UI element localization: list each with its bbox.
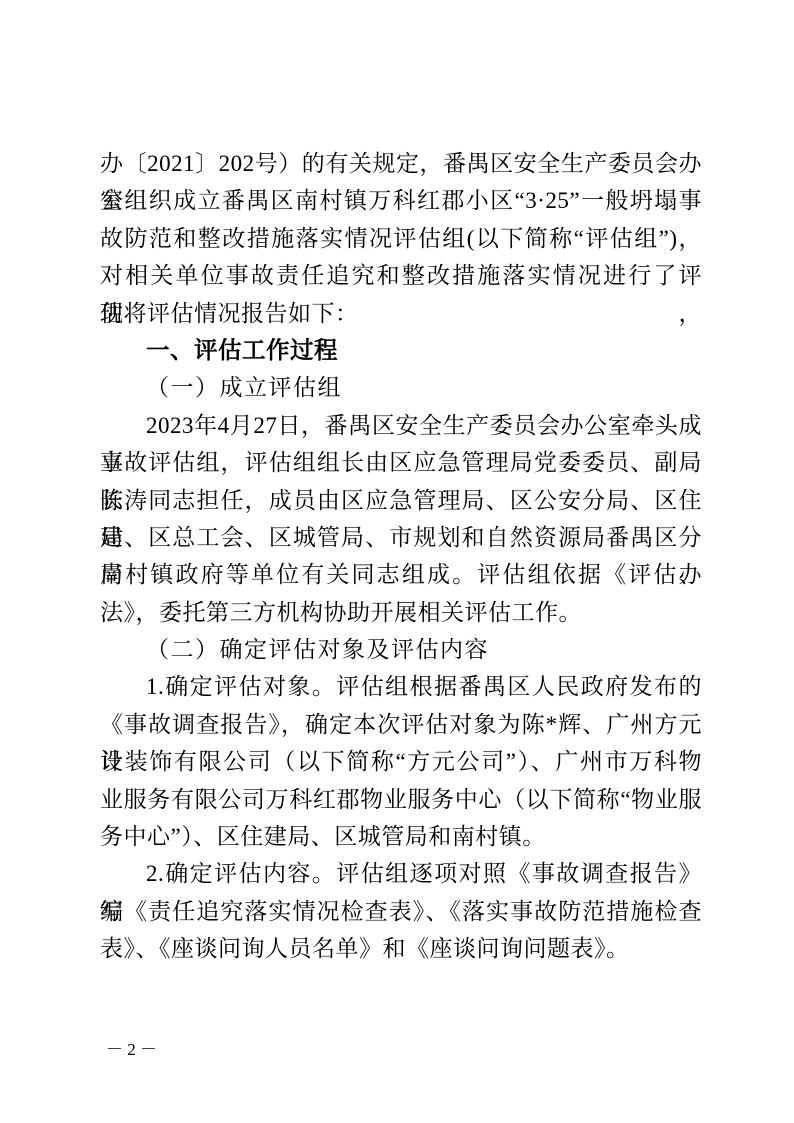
body-text-line: 室组织成立番禺区南村镇万科红郡小区“3·25”一般坍塌事 <box>100 182 702 219</box>
body-text-line: 1.确定评估对象。评估组根据番禺区人民政府发布的 <box>100 668 702 705</box>
body-text-line: 业服务有限公司万科红郡物业服务中心（以下简称“物业服 <box>100 781 702 818</box>
document-page: 办〔2021〕202号）的有关规定，番禺区安全生产委员会办公室组织成立番禺区南村… <box>0 0 794 1123</box>
subsection-heading: （二）确定评估对象及评估内容 <box>100 631 702 668</box>
body-text-line: 法》，委托第三方机构协助开展相关评估工作。 <box>100 594 702 631</box>
body-text-line: 陈涛同志担任，成员由区应急管理局、区公安分局、区住建 <box>100 482 702 519</box>
page-number: － 2 － <box>106 1040 157 1060</box>
document-body: 办〔2021〕202号）的有关规定，番禺区安全生产委员会办公室组织成立番禺区南村… <box>100 145 702 968</box>
body-text-line: 写《责任追究落实情况检查表》、《落实事故防范措施检查 <box>100 893 702 930</box>
body-text-line: 2023年4月27日，番禺区安全生产委员会办公室牵头成立 <box>100 407 702 444</box>
body-text-line: 事故评估组，评估组组长由区应急管理局党委委员、副局长 <box>100 444 702 481</box>
body-text-line: 计装饰有限公司（以下简称“方元公司”）、广州市万科物 <box>100 743 702 780</box>
body-text-line: 2.确定评估内容。评估组逐项对照《事故调查报告》编 <box>100 855 702 892</box>
body-text-line: 办〔2021〕202号）的有关规定，番禺区安全生产委员会办公 <box>100 145 702 182</box>
subsection-heading: （一）成立评估组 <box>100 369 702 406</box>
body-text-line: 局、区总工会、区城管局、市规划和自然资源局番禺区分局、 <box>100 519 702 556</box>
body-text-line: 表》、《座谈问询人员名单》和《座谈问询问题表》。 <box>100 930 702 967</box>
body-text-line: 故防范和整改措施落实情况评估组(以下简称“评估组”)， <box>100 220 702 257</box>
body-text-line: 南村镇政府等单位有关同志组成。评估组依据《评估办 <box>100 556 702 593</box>
body-text-line: 务中心”）、区住建局、区城管局和南村镇。 <box>100 818 702 855</box>
body-text-line: 对相关单位事故责任追究和整改措施落实情况进行了评估， <box>100 257 702 294</box>
section-heading: 一、评估工作过程 <box>100 332 702 369</box>
body-text-line: 《事故调查报告》，确定本次评估对象为陈*辉、广州方元设 <box>100 706 702 743</box>
